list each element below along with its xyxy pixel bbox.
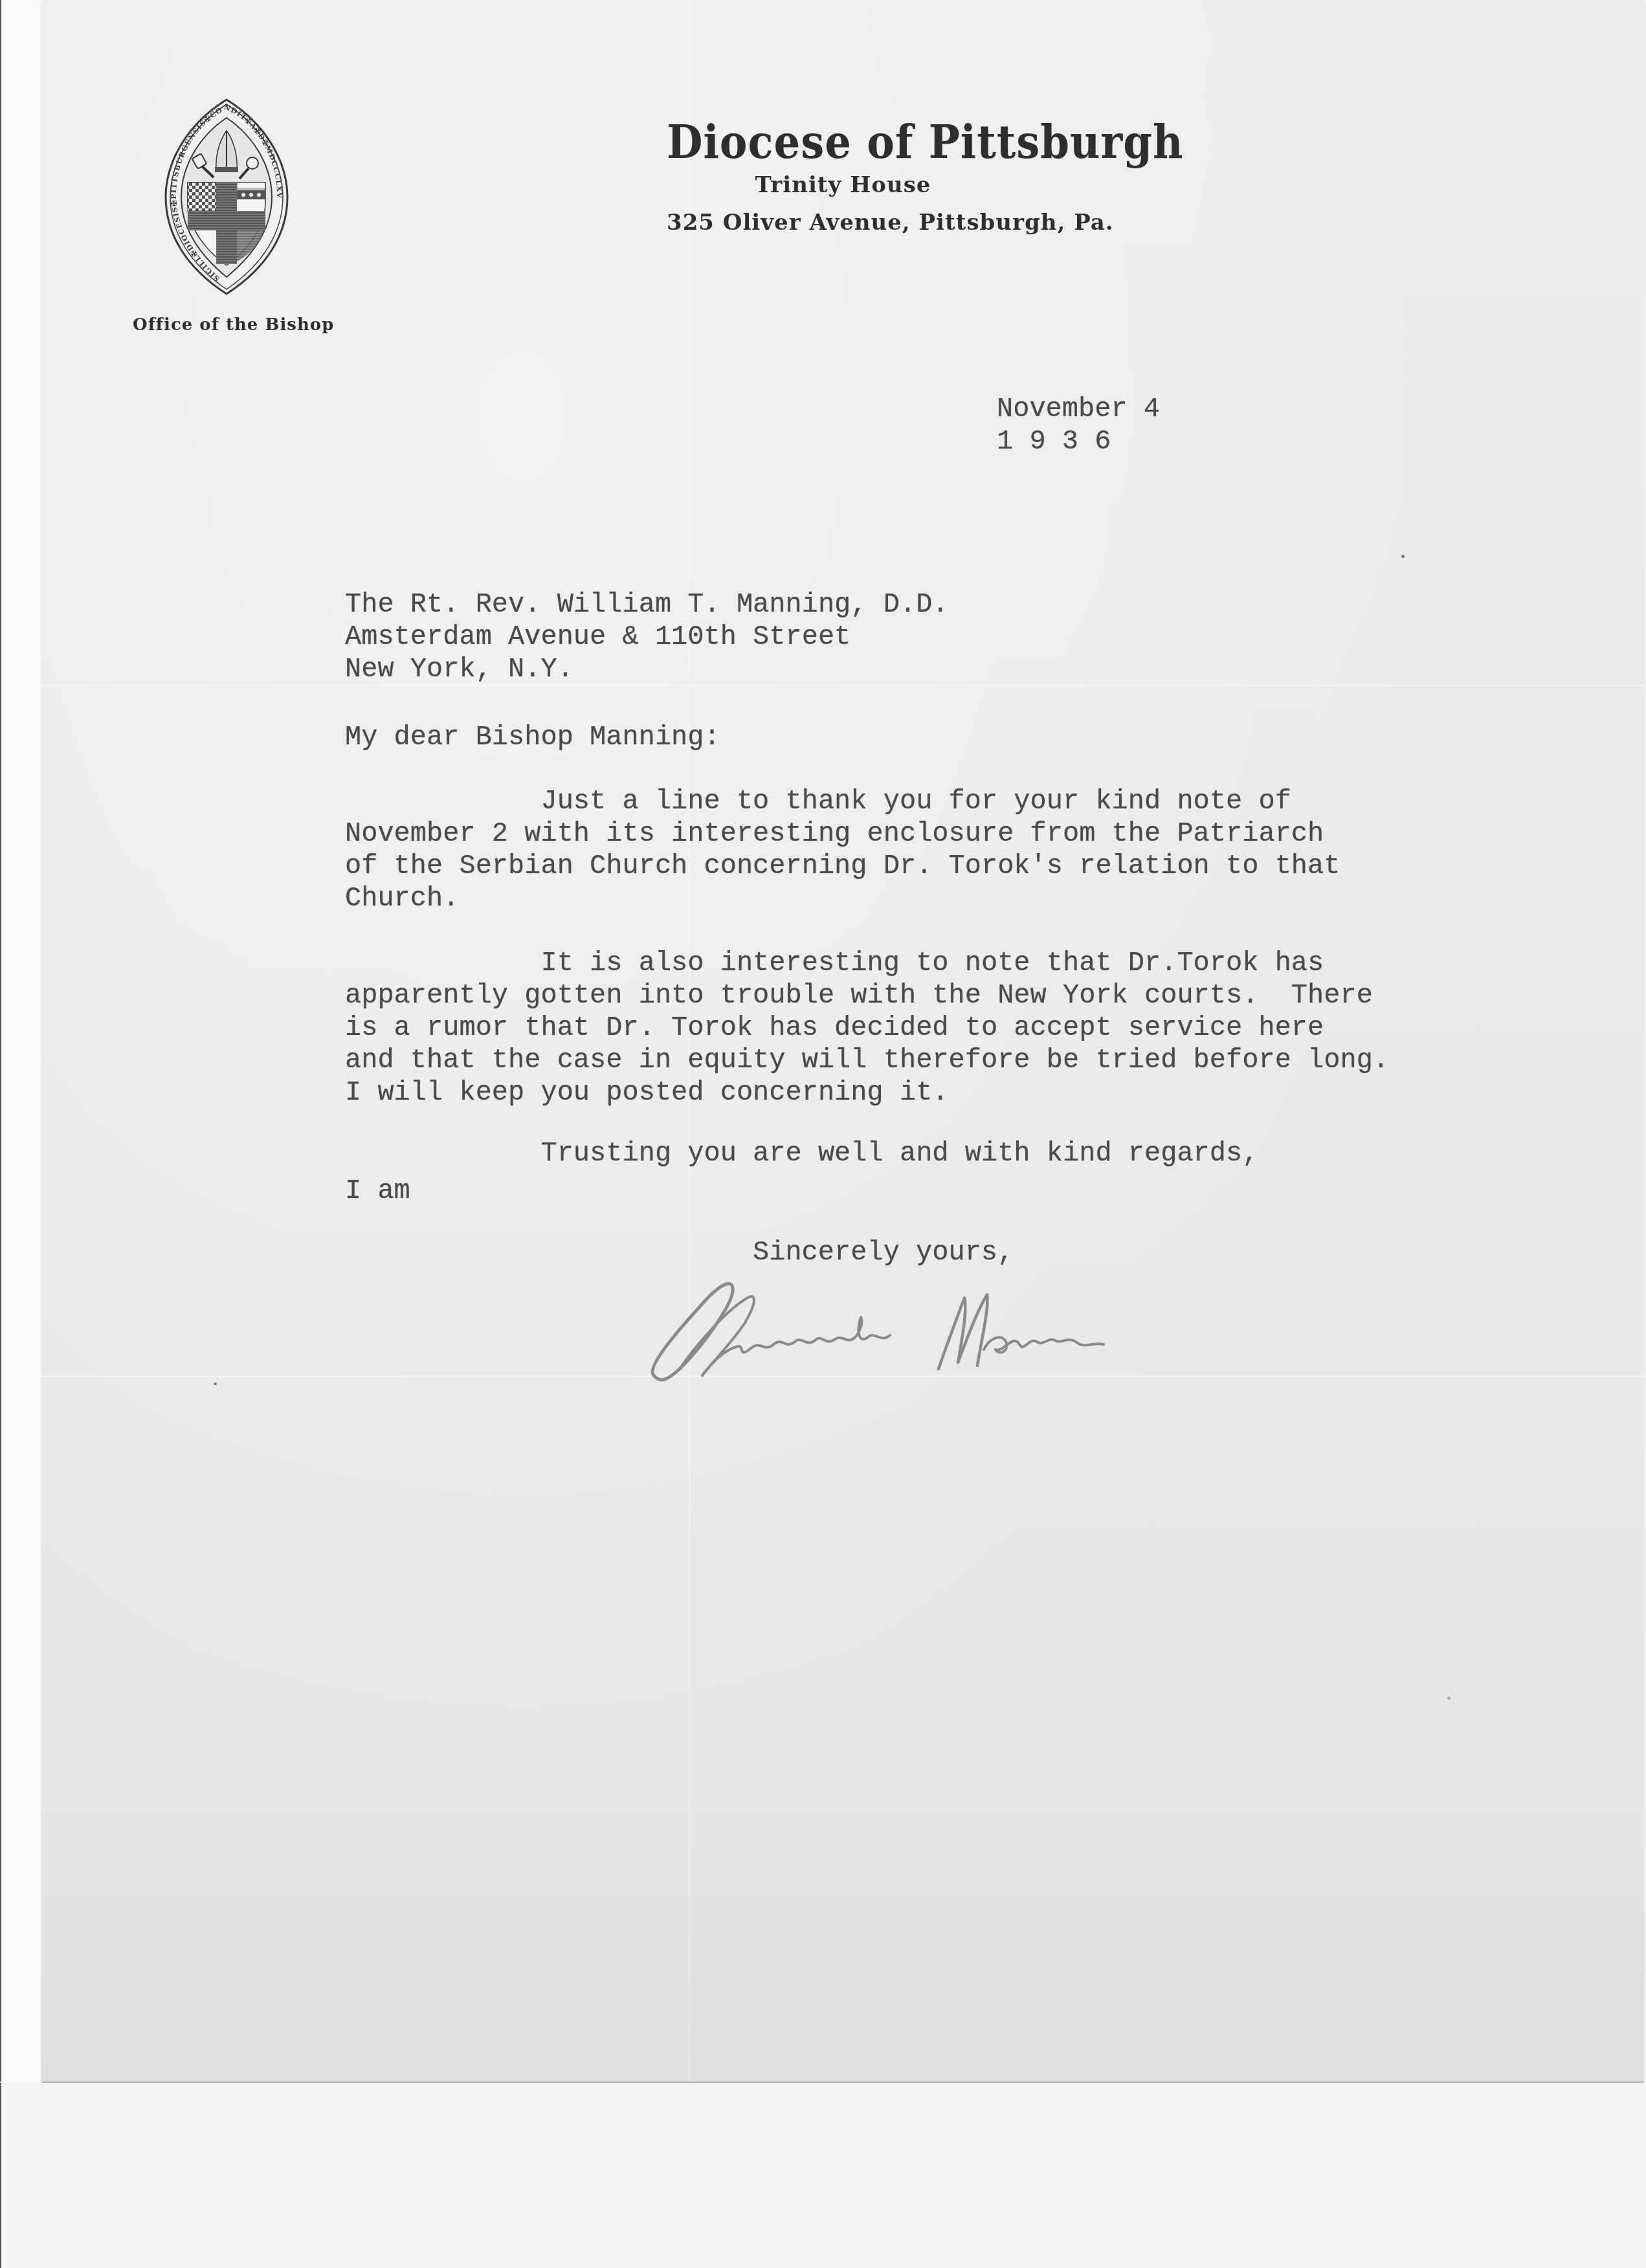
- recipient-city: New York, N.Y.: [345, 653, 573, 685]
- scanner-margin: [0, 0, 43, 2082]
- closing: Sincerely yours,: [753, 1236, 1014, 1269]
- paragraph-3-line-2: I am: [345, 1175, 410, 1207]
- recipient-street: Amsterdam Avenue & 110th Street: [345, 621, 851, 653]
- paragraph-2-line-2: apparently gotten into trouble with the …: [345, 979, 1373, 1012]
- letterhead-address: 325 Oliver Avenue, Pittsburgh, Pa.: [667, 210, 1019, 236]
- paper-speck: [214, 1383, 217, 1385]
- paragraph-2-line-4: and that the case in equity will therefo…: [345, 1044, 1389, 1076]
- paper-speck: [1401, 555, 1405, 558]
- letterhead-building: Trinity House: [731, 172, 955, 198]
- paragraph-2-line-3: is a rumor that Dr. Torok has decided to…: [345, 1012, 1324, 1044]
- paragraph-1-line-1: Just a line to thank you for your kind n…: [345, 785, 1291, 817]
- signature: Alexander Mann: [641, 1272, 1359, 1385]
- paragraph-1-line-4: Church.: [345, 882, 459, 915]
- scanner-background: [0, 2083, 1646, 2268]
- paragraph-1-line-2: November 2 with its interesting enclosur…: [345, 817, 1324, 850]
- date-line-1: November 4: [997, 393, 1160, 425]
- salutation: My dear Bishop Manning:: [345, 721, 720, 753]
- date-line-2: 1 9 3 6: [997, 425, 1111, 458]
- paper-speck: [1447, 1696, 1451, 1700]
- paragraph-1-line-3: of the Serbian Church concerning Dr. Tor…: [345, 850, 1340, 882]
- diocesan-seal-icon: SIGILL✠DIOCESIS✠PITTSBURGENSIS✠CONDIT✠A✠…: [163, 98, 290, 295]
- paragraph-2-line-5: I will keep you posted concerning it.: [345, 1076, 949, 1109]
- recipient-name: The Rt. Rev. William T. Manning, D.D.: [345, 588, 949, 621]
- paragraph-2-line-1: It is also interesting to note that Dr.T…: [345, 947, 1324, 979]
- letterhead-title: Diocese of Pittsburgh: [667, 116, 1019, 170]
- office-of-bishop-label: Office of the Bishop: [133, 315, 320, 335]
- paper-fold-line: [41, 685, 1644, 686]
- paragraph-3-line-1: Trusting you are well and with kind rega…: [345, 1137, 1258, 1170]
